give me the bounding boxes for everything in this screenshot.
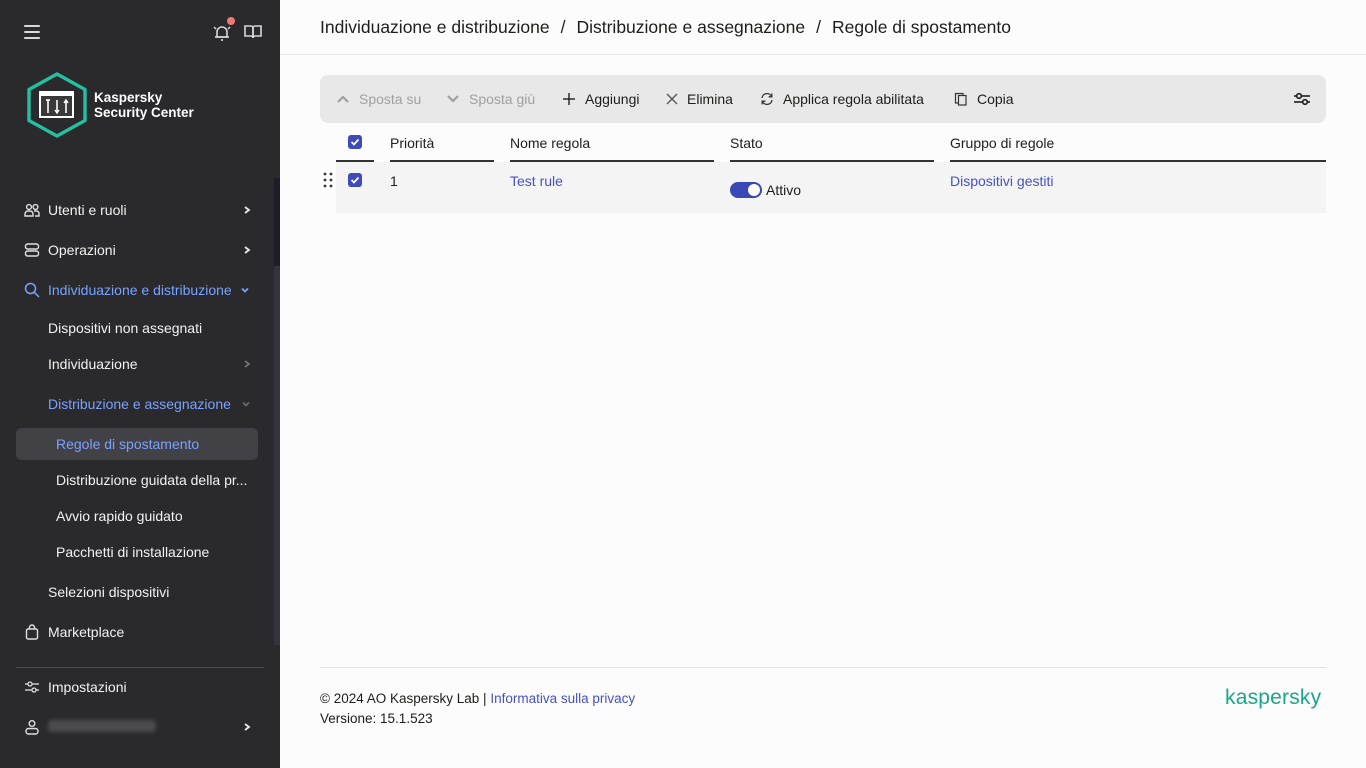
sidebar-item-users-roles[interactable]: Utenti e ruoli <box>0 190 272 230</box>
sidebar-item-label: Selezioni dispositivi <box>48 584 169 600</box>
menu-icon[interactable] <box>24 25 40 39</box>
rule-group-link[interactable]: Dispositivi gestiti <box>950 173 1053 189</box>
sidebar-item-label: Dispositivi non assegnati <box>48 320 202 336</box>
app-logo[interactable]: Kaspersky Security Center <box>26 72 226 140</box>
brand-line-2: Security Center <box>94 105 194 120</box>
column-header-label: Gruppo di regole <box>950 135 1054 151</box>
sidebar-nav: Utenti e ruoli Operazioni Individuazione… <box>0 190 272 650</box>
operations-icon <box>24 242 40 258</box>
sidebar: Kaspersky Security Center Utenti e ruoli… <box>0 0 280 768</box>
chevron-down-icon <box>240 285 250 295</box>
breadcrumb-separator: / <box>816 17 821 37</box>
sidebar-item-label: Marketplace <box>48 624 124 640</box>
sidebar-item-label: Operazioni <box>48 242 116 258</box>
add-label: Aggiungi <box>585 91 640 107</box>
column-settings-icon[interactable] <box>1292 89 1312 109</box>
sidebar-item-label: Individuazione <box>48 356 138 372</box>
sidebar-item-marketplace[interactable]: Marketplace <box>0 614 272 650</box>
main-content: Individuazione e distribuzione/Distribuz… <box>280 0 1366 768</box>
footer: © 2024 AO Kaspersky Lab | Informativa su… <box>320 689 635 729</box>
version-text: Versione: 15.1.523 <box>320 709 635 729</box>
user-icon <box>24 719 40 735</box>
chevron-right-icon <box>242 722 252 732</box>
sidebar-item-label: Utenti e ruoli <box>48 202 127 218</box>
column-header-status[interactable]: Stato <box>730 130 934 162</box>
sidebar-item-quick-start-wizard[interactable]: Avvio rapido guidato <box>0 498 272 534</box>
column-header-label: Stato <box>730 135 763 151</box>
select-all-checkbox[interactable] <box>348 135 362 149</box>
sidebar-item-user-account[interactable] <box>0 707 272 747</box>
breadcrumb-current: Regole di spostamento <box>832 17 1011 37</box>
apply-label: Applica regola abilitata <box>783 91 924 107</box>
status-toggle[interactable] <box>730 182 762 198</box>
column-header-label: Nome regola <box>510 135 590 151</box>
kaspersky-hex-icon <box>26 72 88 138</box>
close-icon <box>666 93 678 105</box>
breadcrumb-separator: / <box>561 17 566 37</box>
row-checkbox-cell <box>348 173 362 187</box>
sidebar-top-bar <box>0 20 280 44</box>
check-icon <box>350 176 360 184</box>
apply-enabled-rule-button[interactable]: Applica regola abilitata <box>760 75 924 123</box>
sidebar-item-moving-rules[interactable]: Regole di spostamento <box>0 426 272 462</box>
drag-handle-icon[interactable] <box>322 172 334 188</box>
rule-name-link[interactable]: Test rule <box>510 173 563 189</box>
row-checkbox[interactable] <box>348 173 362 187</box>
sidebar-item-label: Distribuzione e assegnazione <box>48 396 231 412</box>
add-button[interactable]: Aggiungi <box>562 75 640 123</box>
move-up-button[interactable]: Sposta su <box>336 75 421 123</box>
chevron-down-icon <box>446 94 460 104</box>
product-name: Kaspersky Security Center <box>94 90 194 120</box>
move-down-label: Sposta giù <box>469 91 535 107</box>
sidebar-item-label: Distribuzione guidata della pr... <box>56 472 247 488</box>
chevron-down-icon <box>241 399 251 409</box>
sidebar-item-operations[interactable]: Operazioni <box>0 230 272 270</box>
sidebar-bottom: Impostazioni <box>0 667 272 747</box>
page-header: Individuazione e distribuzione/Distribuz… <box>280 0 1366 55</box>
search-icon <box>24 282 40 298</box>
copy-icon <box>954 92 968 106</box>
username-blurred <box>48 719 156 735</box>
column-header-label: Priorità <box>390 135 434 151</box>
kaspersky-wordmark: kaspersky <box>1225 686 1321 710</box>
priority-cell: 1 <box>390 173 398 189</box>
breadcrumb-item[interactable]: Individuazione e distribuzione <box>320 17 550 37</box>
users-icon <box>24 202 40 218</box>
sidebar-item-unassigned-devices[interactable]: Dispositivi non assegnati <box>0 310 272 346</box>
move-down-button[interactable]: Sposta giù <box>446 75 535 123</box>
chevron-right-icon <box>242 205 252 215</box>
copy-label: Copia <box>977 91 1014 107</box>
sidebar-item-label: Regole di spostamento <box>56 436 199 452</box>
sidebar-item-deployment-assignment[interactable]: Distribuzione e assegnazione <box>0 382 272 426</box>
sidebar-item-discovery[interactable]: Individuazione <box>0 346 272 382</box>
refresh-icon <box>760 92 774 106</box>
plus-icon <box>562 92 576 106</box>
brand-line-1: Kaspersky <box>94 90 194 105</box>
documentation-icon[interactable] <box>244 24 262 40</box>
sidebar-item-discovery-deployment[interactable]: Individuazione e distribuzione <box>0 270 272 310</box>
breadcrumb: Individuazione e distribuzione/Distribuz… <box>320 17 1011 38</box>
sidebar-item-installation-packages[interactable]: Pacchetti di installazione <box>0 534 272 570</box>
status-label: Attivo <box>766 182 801 198</box>
column-header-priority[interactable]: Priorità <box>390 130 494 162</box>
sidebar-item-label: Avvio rapido guidato <box>56 508 183 524</box>
chevron-up-icon <box>336 94 350 104</box>
breadcrumb-item[interactable]: Distribuzione e assegnazione <box>576 17 805 37</box>
move-up-label: Sposta su <box>359 91 421 107</box>
column-header-rule-group[interactable]: Gruppo di regole <box>950 130 1326 162</box>
toolbar: Sposta su Sposta giù Aggiungi Elimina Ap… <box>320 75 1326 123</box>
notification-badge <box>227 17 235 25</box>
table-row[interactable]: 1 Test rule Attivo Dispositivi gestiti <box>336 162 1326 213</box>
select-all-header <box>336 130 374 162</box>
sidebar-item-label: Pacchetti di installazione <box>56 544 209 560</box>
chevron-right-icon <box>242 359 252 369</box>
copy-button[interactable]: Copia <box>954 75 1014 123</box>
column-header-rule-name[interactable]: Nome regola <box>510 130 714 162</box>
check-icon <box>350 138 360 146</box>
sidebar-item-device-selections[interactable]: Selezioni dispositivi <box>0 570 272 614</box>
settings-sliders-icon <box>24 679 40 695</box>
privacy-policy-link[interactable]: Informativa sulla privacy <box>490 691 635 706</box>
delete-button[interactable]: Elimina <box>666 75 733 123</box>
notifications-icon[interactable] <box>212 22 232 42</box>
chevron-right-icon <box>242 245 252 255</box>
sidebar-item-label: Individuazione e distribuzione <box>48 282 232 298</box>
delete-label: Elimina <box>687 91 733 107</box>
sidebar-item-protection-deployment-wizard[interactable]: Distribuzione guidata della pr... <box>0 462 272 498</box>
sidebar-item-settings[interactable]: Impostazioni <box>0 667 272 707</box>
sidebar-item-label: Impostazioni <box>48 679 127 695</box>
copyright-text: © 2024 AO Kaspersky Lab | <box>320 691 487 706</box>
bag-icon <box>24 624 40 640</box>
footer-divider <box>320 667 1326 668</box>
